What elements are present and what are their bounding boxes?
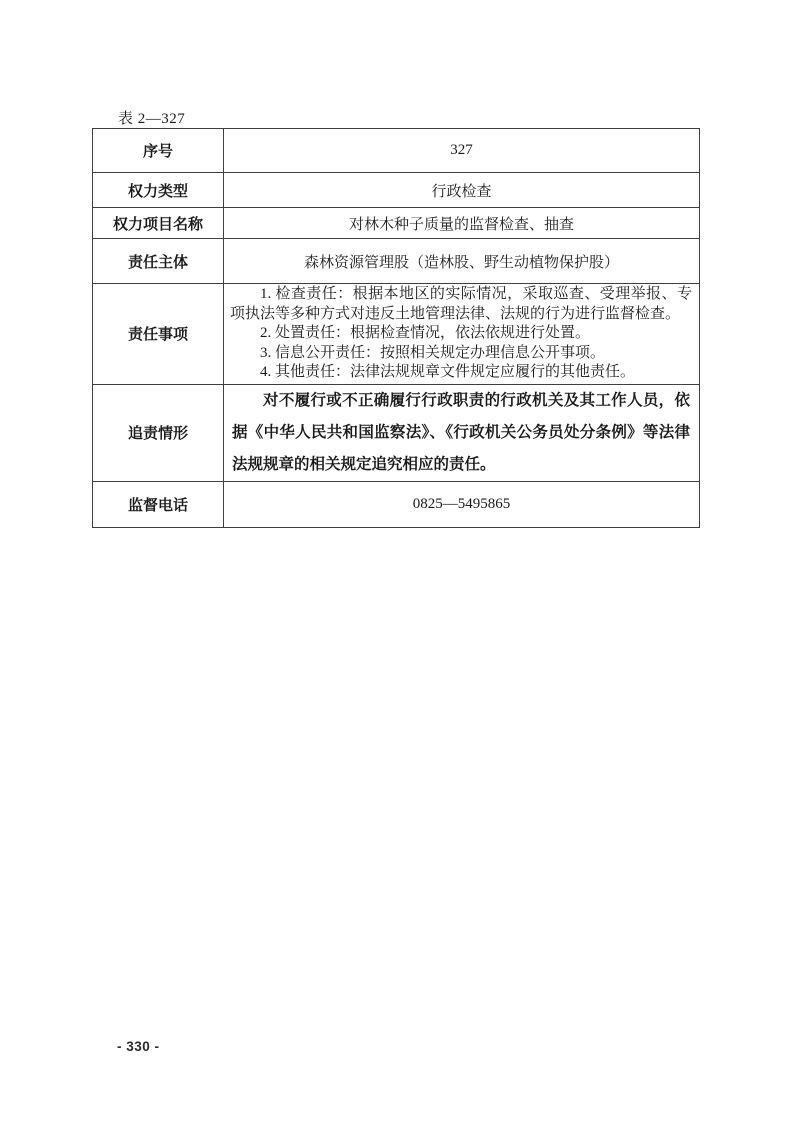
row-value-supervision-phone: 0825—5495865: [224, 481, 700, 527]
table-row-responsible-entity: 责任主体 森林资源管理股（造林股、野生动植物保护股）: [93, 239, 700, 284]
row-label-responsible-entity: 责任主体: [93, 239, 224, 284]
row-value-accountability: 对不履行或不正确履行行政职责的行政机关及其工作人员，依据《中华人民共和国监察法》…: [224, 384, 700, 481]
row-label-responsibility-items: 责任事项: [93, 284, 224, 385]
responsibility-item-4: 4. 其他责任：法律法规规章文件规定应履行的其他责任。: [230, 363, 692, 383]
table-row-responsibility-items: 责任事项 1. 检查责任：根据本地区的实际情况，采取巡查、受理举报、专项执法等多…: [93, 284, 700, 385]
table-row-accountability: 追责情形 对不履行或不正确履行行政职责的行政机关及其工作人员，依据《中华人民共和…: [93, 384, 700, 481]
row-value-power-type: 行政检查: [224, 173, 700, 208]
accountability-text: 对不履行或不正确履行行政职责的行政机关及其工作人员，依据《中华人民共和国监察法》…: [232, 385, 690, 481]
table-row-power-type: 权力类型 行政检查: [93, 173, 700, 208]
row-label-supervision-phone: 监督电话: [93, 481, 224, 527]
responsibility-item-1: 1. 检查责任：根据本地区的实际情况，采取巡查、受理举报、专项执法等多种方式对违…: [230, 285, 692, 324]
document-page: 表 2—327 序号 327 权力类型 行政检查 权力项目名称 对林木种子质量的…: [0, 0, 793, 1122]
table-row-power-item-name: 权力项目名称 对林木种子质量的监督检查、抽查: [93, 208, 700, 239]
page-number: - 330 -: [117, 1039, 160, 1054]
row-value-serial-number: 327: [224, 129, 700, 173]
duty-table: 序号 327 权力类型 行政检查 权力项目名称 对林木种子质量的监督检查、抽查 …: [92, 128, 700, 528]
responsibility-item-2: 2. 处置责任：根据检查情况，依法依规进行处置。: [230, 324, 692, 344]
table-row-serial-number: 序号 327: [93, 129, 700, 173]
table-caption: 表 2—327: [118, 107, 185, 128]
row-label-serial-number: 序号: [93, 129, 224, 173]
row-value-responsible-entity: 森林资源管理股（造林股、野生动植物保护股）: [224, 239, 700, 284]
row-label-power-item-name: 权力项目名称: [93, 208, 224, 239]
responsibility-item-3: 3. 信息公开责任：按照相关规定办理信息公开事项。: [230, 344, 692, 364]
row-label-accountability: 追责情形: [93, 384, 224, 481]
row-label-power-type: 权力类型: [93, 173, 224, 208]
table-row-supervision-phone: 监督电话 0825—5495865: [93, 481, 700, 527]
row-value-responsibility-items: 1. 检查责任：根据本地区的实际情况，采取巡查、受理举报、专项执法等多种方式对违…: [224, 284, 700, 385]
row-value-power-item-name: 对林木种子质量的监督检查、抽查: [224, 208, 700, 239]
